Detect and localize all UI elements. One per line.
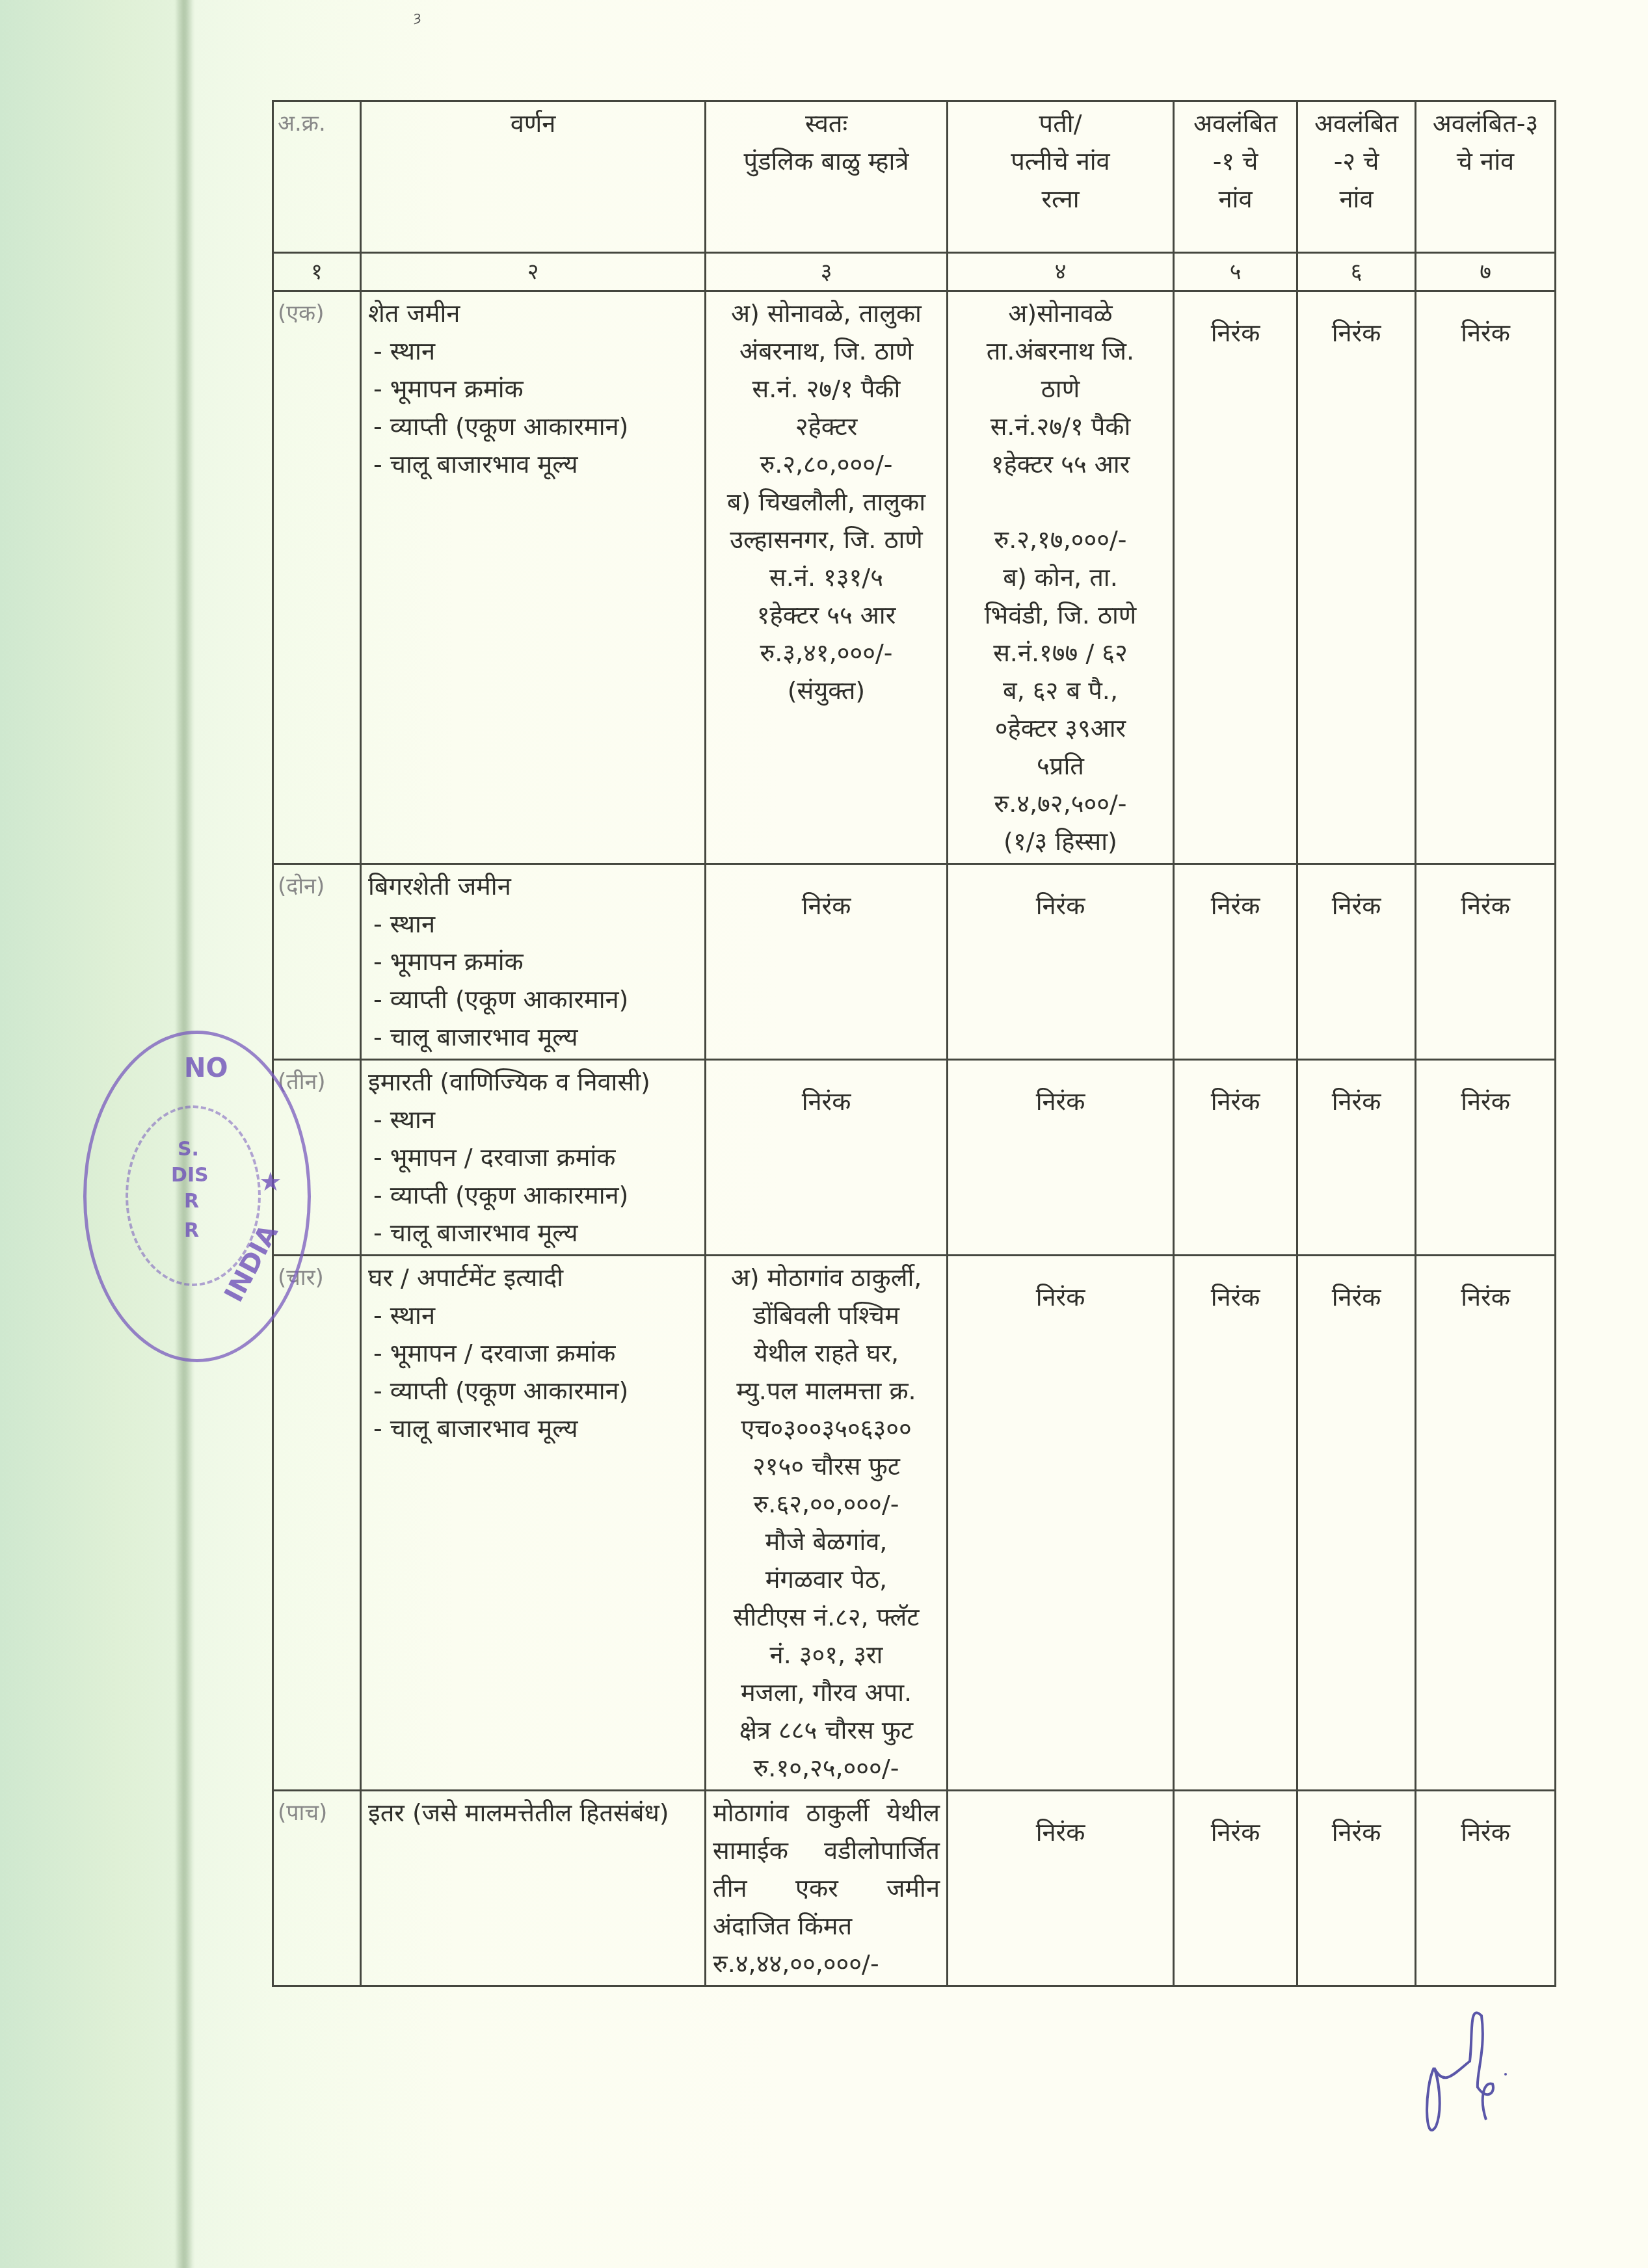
- nil-value: निरंक: [955, 1278, 1166, 1316]
- row-subitem: भूमापन क्रमांक: [368, 943, 698, 981]
- row-dependent1-value: निरंक: [1174, 1791, 1297, 1986]
- nil-value: निरंक: [713, 887, 940, 925]
- column-index: ७: [1416, 253, 1556, 291]
- nil-value: निरंक: [955, 887, 1166, 925]
- row-subitem: व्याप्ती (एकूण आकारमान): [368, 1176, 698, 1214]
- nil-value: निरंक: [1423, 887, 1548, 925]
- row-self-value: अ) मोठागांव ठाकुर्ली,डोंबिवली पश्चिमयेथी…: [706, 1256, 948, 1791]
- row-subitem: व्याप्ती (एकूण आकारमान): [368, 408, 698, 445]
- row-description: शेत जमीनस्थानभूमापन क्रमांकव्याप्ती (एकू…: [361, 291, 706, 864]
- row-dependent2-value: निरंक: [1297, 864, 1416, 1060]
- column-index: ३: [706, 253, 948, 291]
- nil-value: निरंक: [1305, 1083, 1408, 1120]
- header-spouse: पती/ पत्नीचे नांव रत्ना: [948, 101, 1174, 253]
- column-index: १: [273, 253, 361, 291]
- table-row: (दोन)बिगरशेती जमीनस्थानभूमापन क्रमांकव्य…: [273, 864, 1556, 1060]
- nil-value: निरंक: [1305, 1278, 1408, 1316]
- row-description: बिगरशेती जमीनस्थानभूमापन क्रमांकव्याप्ती…: [361, 864, 706, 1060]
- row-dependent1-value: निरंक: [1174, 291, 1297, 864]
- row-dependent3-value: निरंक: [1416, 1060, 1556, 1256]
- header-self: स्वतः पुंडलिक बाळु म्हात्रे: [706, 101, 948, 253]
- row-dependent3-value: निरंक: [1416, 291, 1556, 864]
- nil-value: निरंक: [713, 1083, 940, 1120]
- row-subitem: भूमापन / दरवाजा क्रमांक: [368, 1139, 698, 1176]
- asset-declaration-table: अ.क्र. वर्णन स्वतः पुंडलिक बाळु म्हात्रे…: [272, 100, 1556, 1987]
- row-dependent2-value: निरंक: [1297, 1256, 1416, 1791]
- nil-value: निरंक: [1181, 1083, 1290, 1120]
- signature-stroke: [1427, 2012, 1493, 2130]
- row-dependent2-value: निरंक: [1297, 1060, 1416, 1256]
- row-subitem: चालू बाजारभाव मूल्य: [368, 445, 698, 483]
- row-description: इतर (जसे मालमत्तेतील हितसंबंध): [361, 1791, 706, 1986]
- column-index: ४: [948, 253, 1174, 291]
- row-dependent1-value: निरंक: [1174, 864, 1297, 1060]
- row-title: इतर (जसे मालमत्तेतील हितसंबंध): [368, 1794, 698, 1832]
- row-description: इमारती (वाणिज्यिक व निवासी)स्थानभूमापन /…: [361, 1060, 706, 1256]
- row-title: इमारती (वाणिज्यिक व निवासी): [368, 1063, 698, 1101]
- row-title: घर / अपार्टमेंट इत्यादी: [368, 1259, 698, 1297]
- nil-value: निरंक: [1423, 1813, 1548, 1851]
- row-self-value: निरंक: [706, 864, 948, 1060]
- row-spouse-value: अ)सोनावळेता.अंबरनाथ जि.ठाणेस.नं.२७/१ पैक…: [948, 291, 1174, 864]
- header-row: अ.क्र. वर्णन स्वतः पुंडलिक बाळु म्हात्रे…: [273, 101, 1556, 253]
- nil-value: निरंक: [1181, 887, 1290, 925]
- row-subitem: स्थान: [368, 332, 698, 370]
- header-dependent-3: अवलंबित-३ चे नांव: [1416, 101, 1556, 253]
- row-dependent2-value: निरंक: [1297, 1791, 1416, 1986]
- table-row: (चार)घर / अपार्टमेंट इत्यादीस्थानभूमापन …: [273, 1256, 1556, 1791]
- row-title: शेत जमीन: [368, 295, 698, 332]
- row-subitem: चालू बाजारभाव मूल्य: [368, 1410, 698, 1447]
- row-description: घर / अपार्टमेंट इत्यादीस्थानभूमापन / दरव…: [361, 1256, 706, 1791]
- row-subitem: स्थान: [368, 1297, 698, 1334]
- row-subitem: चालू बाजारभाव मूल्य: [368, 1214, 698, 1252]
- row-spouse-value: निरंक: [948, 1791, 1174, 1986]
- row-subitem: भूमापन / दरवाजा क्रमांक: [368, 1334, 698, 1372]
- nil-value: निरंक: [1423, 314, 1548, 352]
- table-row: (तीन)इमारती (वाणिज्यिक व निवासी)स्थानभूम…: [273, 1060, 1556, 1256]
- nil-value: निरंक: [1305, 887, 1408, 925]
- signature-dot: [1504, 2073, 1507, 2076]
- row-serial: (एक): [273, 291, 361, 864]
- row-self-value: अ) सोनावळे, तालुकाअंबरनाथ, जि. ठाणेस.नं.…: [706, 291, 948, 864]
- row-dependent3-value: निरंक: [1416, 1791, 1556, 1986]
- row-spouse-value: निरंक: [948, 864, 1174, 1060]
- row-subitem: भूमापन क्रमांक: [368, 370, 698, 408]
- column-index: ६: [1297, 253, 1416, 291]
- nil-value: निरंक: [955, 1083, 1166, 1120]
- stamp-text-top: NO: [184, 1053, 228, 1083]
- row-dependent1-value: निरंक: [1174, 1060, 1297, 1256]
- header-dependent-1: अवलंबित -१ चे नांव: [1174, 101, 1297, 253]
- row-subitem: स्थान: [368, 1101, 698, 1139]
- row-spouse-value: निरंक: [948, 1256, 1174, 1791]
- nil-value: निरंक: [1305, 1813, 1408, 1851]
- nil-value: निरंक: [1181, 314, 1290, 352]
- row-serial: (चार): [273, 1256, 361, 1791]
- header-dependent-2: अवलंबित -२ चे नांव: [1297, 101, 1416, 253]
- row-serial: (दोन): [273, 864, 361, 1060]
- row-dependent2-value: निरंक: [1297, 291, 1416, 864]
- header-description: वर्णन: [361, 101, 706, 253]
- table-row: (एक)शेत जमीनस्थानभूमापन क्रमांकव्याप्ती …: [273, 291, 1556, 864]
- nil-value: निरंक: [1181, 1813, 1290, 1851]
- row-dependent3-value: निरंक: [1416, 864, 1556, 1060]
- row-serial: (पाच): [273, 1791, 361, 1986]
- top-mark: ȝ: [414, 9, 421, 25]
- stamp-star-icon: ★: [259, 1167, 282, 1197]
- nil-value: निरंक: [1181, 1278, 1290, 1316]
- nil-value: निरंक: [1305, 314, 1408, 352]
- row-subitem: व्याप्ती (एकूण आकारमान): [368, 1372, 698, 1410]
- row-self-value: निरंक: [706, 1060, 948, 1256]
- row-title: बिगरशेती जमीन: [368, 867, 698, 905]
- row-subitem: व्याप्ती (एकूण आकारमान): [368, 981, 698, 1018]
- header-serial: अ.क्र.: [273, 101, 361, 253]
- column-index-row: १ २ ३ ४ ५ ६ ७: [273, 253, 1556, 291]
- row-self-value: मोठागांव ठाकुर्ली येथील सामाईक वडीलोपार्…: [706, 1791, 948, 1986]
- nil-value: निरंक: [1423, 1083, 1548, 1120]
- column-index: ५: [1174, 253, 1297, 291]
- column-index: २: [361, 253, 706, 291]
- row-subitem: स्थान: [368, 905, 698, 943]
- nil-value: निरंक: [955, 1813, 1166, 1851]
- row-spouse-value: निरंक: [948, 1060, 1174, 1256]
- row-dependent1-value: निरंक: [1174, 1256, 1297, 1791]
- row-dependent3-value: निरंक: [1416, 1256, 1556, 1791]
- signature: [1398, 1996, 1528, 2139]
- row-subitem: चालू बाजारभाव मूल्य: [368, 1018, 698, 1056]
- official-stamp: NO INDIA S. DIS R R ★: [83, 1031, 311, 1362]
- table-row: (पाच)इतर (जसे मालमत्तेतील हितसंबंध)मोठाग…: [273, 1791, 1556, 1986]
- nil-value: निरंक: [1423, 1278, 1548, 1316]
